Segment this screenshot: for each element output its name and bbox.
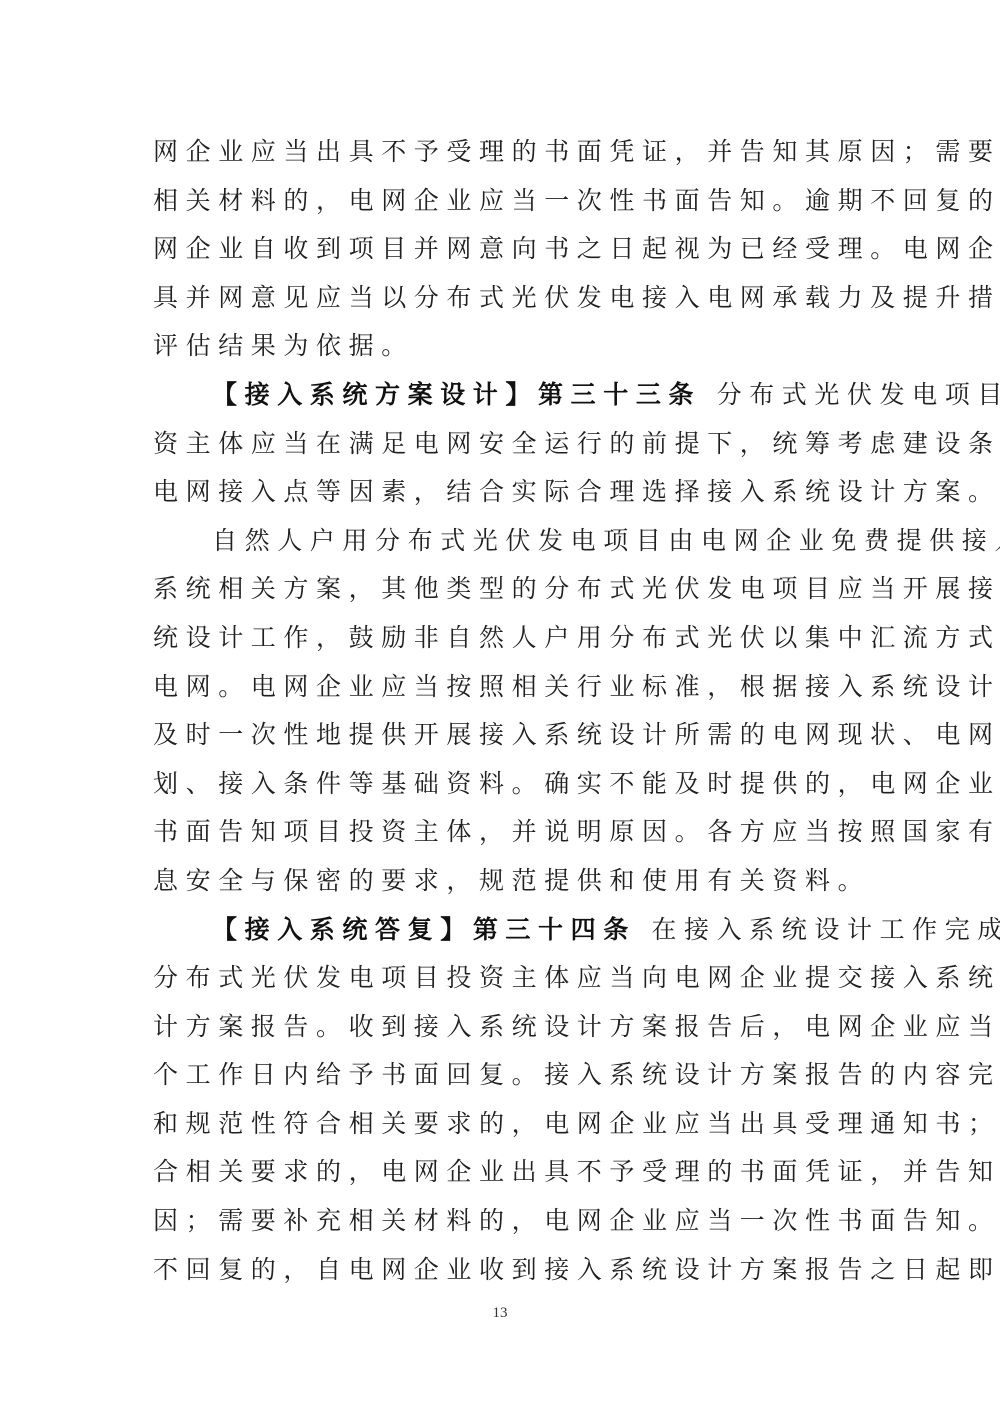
paragraph-line: 统设计工作，鼓励非自然人户用分布式光伏以集中汇流方式接入 xyxy=(153,614,853,663)
paragraph-line: 网企业自收到项目并网意向书之日起视为已经受理。电网企业出 xyxy=(153,225,853,274)
paragraph-line: 电网。电网企业应当按照相关行业标准，根据接入系统设计要求， xyxy=(153,663,853,712)
article-34-text-start: 在接入系统设计工作完成后， xyxy=(636,915,1000,944)
page-number: 13 xyxy=(0,1305,1000,1322)
document-page: 网企业应当出具不予受理的书面凭证，并告知其原因；需要补充 相关材料的，电网企业应… xyxy=(0,0,1000,1414)
paragraph-line: 及时一次性地提供开展接入系统设计所需的电网现状、电网规 xyxy=(153,711,853,760)
article-33-text-start: 分布式光伏发电项目投 xyxy=(701,380,1000,409)
article-34-first-line: 【接入系统答复】第三十四条 在接入系统设计工作完成后， xyxy=(153,906,853,955)
paragraph-line: 系统相关方案，其他类型的分布式光伏发电项目应当开展接入系 xyxy=(153,565,853,614)
article-33-first-line: 【接入系统方案设计】第三十三条 分布式光伏发电项目投 xyxy=(153,371,853,420)
article-33-number: 第三十三条 xyxy=(538,380,701,409)
article-34-number: 第三十四条 xyxy=(473,915,636,944)
paragraph-line: 相关材料的，电网企业应当一次性书面告知。逾期不回复的，电 xyxy=(153,177,853,226)
paragraph-line: 个工作日内给予书面回复。接入系统设计方案报告的内容完整性 xyxy=(153,1051,853,1100)
article-33-heading: 【接入系统方案设计】 xyxy=(212,380,538,409)
paragraph-line: 不回复的，自电网企业收到接入系统设计方案报告之日起即视为 xyxy=(153,1246,853,1295)
paragraph-first-line: 自然人户用分布式光伏发电项目由电网企业免费提供接入 xyxy=(153,517,853,566)
paragraph-line: 网企业应当出具不予受理的书面凭证，并告知其原因；需要补充 xyxy=(153,128,853,177)
article-34-heading: 【接入系统答复】 xyxy=(212,915,473,944)
paragraph-line: 因；需要补充相关材料的，电网企业应当一次性书面告知。逾期 xyxy=(153,1197,853,1246)
page-body: 网企业应当出具不予受理的书面凭证，并告知其原因；需要补充 相关材料的，电网企业应… xyxy=(153,128,853,1294)
paragraph-line: 分布式光伏发电项目投资主体应当向电网企业提交接入系统设 xyxy=(153,954,853,1003)
paragraph-line: 具并网意见应当以分布式光伏发电接入电网承载力及提升措施 xyxy=(153,274,853,323)
paragraph-line: 评估结果为依据。 xyxy=(153,322,853,371)
paragraph-line: 书面告知项目投资主体，并说明原因。各方应当按照国家有关信 xyxy=(153,808,853,857)
paragraph-line: 划、接入条件等基础资料。确实不能及时提供的，电网企业应当 xyxy=(153,760,853,809)
paragraph-line: 息安全与保密的要求，规范提供和使用有关资料。 xyxy=(153,857,853,906)
paragraph-line: 电网接入点等因素，结合实际合理选择接入系统设计方案。 xyxy=(153,468,853,517)
paragraph-line: 和规范性符合相关要求的，电网企业应当出具受理通知书；不符 xyxy=(153,1100,853,1149)
paragraph-line: 合相关要求的，电网企业出具不予受理的书面凭证，并告知其原 xyxy=(153,1148,853,1197)
paragraph-line: 计方案报告。收到接入系统设计方案报告后，电网企业应当于2 xyxy=(153,1003,853,1052)
paragraph-line: 资主体应当在满足电网安全运行的前提下，统筹考虑建设条件、 xyxy=(153,420,853,469)
